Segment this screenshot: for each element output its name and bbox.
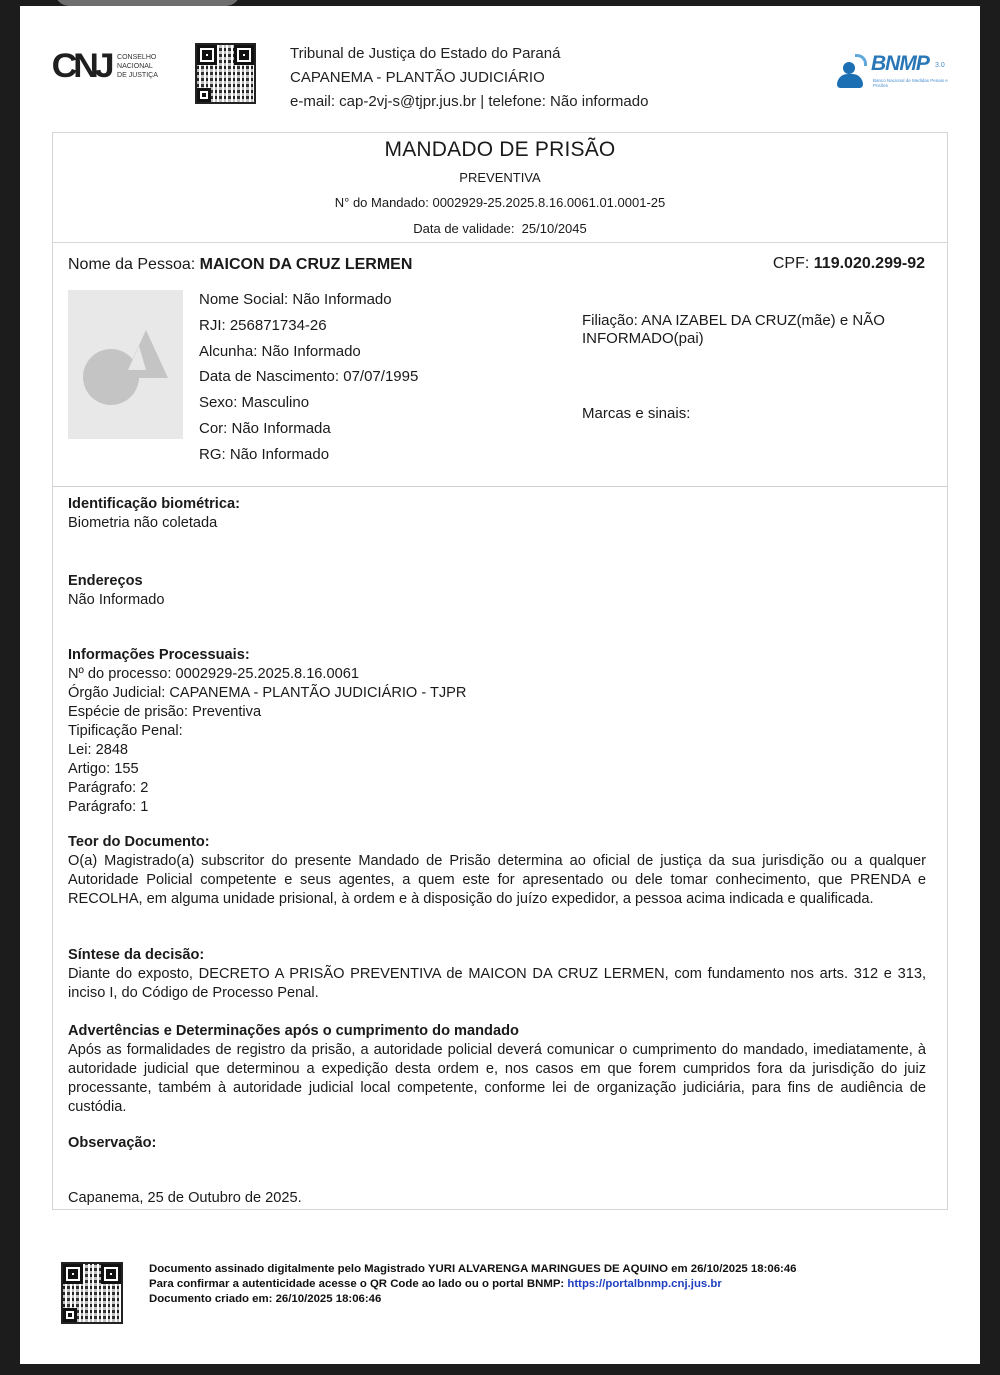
person-box: Nome da Pessoa: MAICON DA CRUZ LERMEN CP… xyxy=(52,242,948,487)
cnj-line: CONSELHO xyxy=(117,53,158,62)
person-name: Nome da Pessoa: MAICON DA CRUZ LERMEN xyxy=(68,256,412,274)
portal-link[interactable]: https://portalbnmp.cnj.jus.br xyxy=(567,1278,721,1290)
signed-by: Documento assinado digitalmente pelo Mag… xyxy=(149,1262,797,1277)
court-header: Tribunal de Justiça do Estado do Paraná … xyxy=(290,42,648,114)
cnj-logo-text: CONSELHO NACIONAL DE JUSTIÇA xyxy=(117,53,158,80)
warrant-header-box: MANDADO DE PRISÃO PREVENTIVA N° do Manda… xyxy=(52,132,948,242)
section-text: Diante do exposto, DECRETO A PRISÃO PREV… xyxy=(68,965,926,1003)
warrant-number-label: N° do Mandado: xyxy=(335,195,429,210)
cnj-line: NACIONAL xyxy=(117,62,158,71)
court-name: Tribunal de Justiça do Estado do Paraná xyxy=(290,42,648,66)
law: Lei: 2848 xyxy=(68,741,926,760)
cnj-line: DE JUSTIÇA xyxy=(117,71,158,80)
document-title: MANDADO DE PRISÃO xyxy=(53,138,947,162)
detail-nome-social: Nome Social: Não Informado xyxy=(199,287,418,313)
verify-line: Para confirmar a autenticidade acesse o … xyxy=(149,1277,797,1292)
court-unit: CAPANEMA - PLANTÃO JUDICIÁRIO xyxy=(290,66,648,90)
validity-label: Data de validade: xyxy=(413,221,514,236)
detail-rg: RG: Não Informado xyxy=(199,442,418,468)
person-name-label: Nome da Pessoa: xyxy=(68,256,195,273)
section-title: Identificação biométrica: xyxy=(68,495,926,514)
header-qr-code[interactable] xyxy=(195,43,256,104)
detail-alcunha: Alcunha: Não Informado xyxy=(199,339,418,365)
bnmp-version: 3.0 xyxy=(935,62,945,69)
section-observacao: Observação: xyxy=(68,1134,926,1153)
detail-color: Cor: Não Informada xyxy=(199,416,418,442)
cpf-label: CPF: xyxy=(773,255,809,272)
bnmp-subtitle: Banco Nacional de Medidas Penais e Prisõ… xyxy=(873,78,953,88)
cnj-logo-mark: CNJ xyxy=(52,47,111,86)
person-name-value: MAICON DA CRUZ LERMEN xyxy=(200,256,413,273)
person-cpf: CPF: 119.020.299-92 xyxy=(773,255,925,273)
warrant-validity: Data de validade: 25/10/2045 xyxy=(53,221,947,236)
detail-rji: RJI: 256871734-26 xyxy=(199,313,418,339)
image-placeholder-icon xyxy=(68,290,183,439)
paragraph: Parágrafo: 2 xyxy=(68,779,926,798)
penal-typification: Tipificação Penal: xyxy=(68,722,926,741)
section-text: Após as formalidades de registro da pris… xyxy=(68,1041,926,1117)
created-at: Documento criado em: 26/10/2025 18:06:46 xyxy=(149,1292,797,1307)
marks-and-signs: Marcas e sinais: xyxy=(582,405,690,422)
section-text: Biometria não coletada xyxy=(68,514,926,533)
section-advertencias: Advertências e Determinações após o cump… xyxy=(68,1022,926,1117)
validity-value: 25/10/2045 xyxy=(522,221,587,236)
footer-qr-code[interactable] xyxy=(61,1262,123,1324)
section-text: Não Informado xyxy=(68,591,926,610)
person-signal-icon xyxy=(835,54,871,90)
judicial-organ: Órgão Judicial: CAPANEMA - PLANTÃO JUDIC… xyxy=(68,684,926,703)
filiation: Filiação: ANA IZABEL DA CRUZ(mãe) e NÃO … xyxy=(582,312,927,348)
bnmp-wordmark: BNMP xyxy=(871,52,929,76)
arrest-type: Espécie de prisão: Preventiva xyxy=(68,703,926,722)
warrant-number-value: 0002929-25.2025.8.16.0061.01.0001-25 xyxy=(432,195,665,210)
section-title: Teor do Documento: xyxy=(68,833,926,852)
section-sintese: Síntese da decisão: Diante do exposto, D… xyxy=(68,946,926,1003)
warrant-body-box: Identificação biométrica: Biometria não … xyxy=(52,487,948,1210)
warrant-number: N° do Mandado: 0002929-25.2025.8.16.0061… xyxy=(53,195,947,210)
warrant-kind: PREVENTIVA xyxy=(53,170,947,185)
cpf-value: 119.020.299-92 xyxy=(814,255,925,272)
section-teor: Teor do Documento: O(a) Magistrado(a) su… xyxy=(68,833,926,909)
detail-sex: Sexo: Masculino xyxy=(199,390,418,416)
detail-birthdate: Data de Nascimento: 07/07/1995 xyxy=(199,364,418,390)
photo-placeholder xyxy=(68,290,183,439)
place-and-date: Capanema, 25 de Outubro de 2025. xyxy=(68,1189,926,1208)
document-page: CNJ CONSELHO NACIONAL DE JUSTIÇA Tribuna… xyxy=(20,6,980,1364)
person-details: Nome Social: Não Informado RJI: 25687173… xyxy=(199,287,418,468)
bnmp-logo: BNMP 3.0 Banco Nacional de Medidas Penai… xyxy=(835,48,955,96)
process-number: Nº do processo: 0002929-25.2025.8.16.006… xyxy=(68,665,926,684)
section-title: Endereços xyxy=(68,572,926,591)
section-title: Informações Processuais: xyxy=(68,646,926,665)
section-title: Advertências e Determinações após o cump… xyxy=(68,1022,926,1041)
section-biometria: Identificação biométrica: Biometria não … xyxy=(68,495,926,533)
cnj-logo: CNJ CONSELHO NACIONAL DE JUSTIÇA xyxy=(53,46,183,86)
verify-text: Para confirmar a autenticidade acesse o … xyxy=(149,1278,564,1290)
court-contact: e-mail: cap-2vj-s@tjpr.jus.br | telefone… xyxy=(290,90,648,114)
section-text: O(a) Magistrado(a) subscritor do present… xyxy=(68,852,926,909)
section-title: Síntese da decisão: xyxy=(68,946,926,965)
article: Artigo: 155 xyxy=(68,760,926,779)
section-enderecos: Endereços Não Informado xyxy=(68,572,926,610)
paragraph: Parágrafo: 1 xyxy=(68,798,926,817)
signature-footer: Documento assinado digitalmente pelo Mag… xyxy=(149,1262,797,1307)
section-title: Observação: xyxy=(68,1134,926,1153)
section-processuais: Informações Processuais: Nº do processo:… xyxy=(68,646,926,817)
